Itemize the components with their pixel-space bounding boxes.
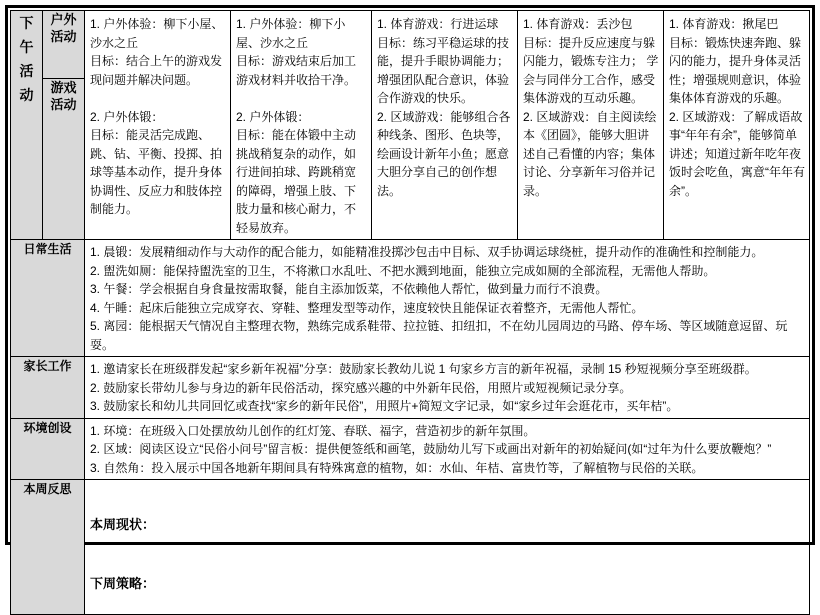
afternoon-col-3: 1. 体育游戏：行进运球 目标：练习平稳运球的技能，提升手眼协调能力；增强团队配…	[372, 11, 518, 240]
daily-life-row: 日常生活 1. 晨锻：发展精细动作与大动作的配合能力，如能精准投掷沙包击中目标、…	[11, 240, 810, 357]
game-activity-label: 游戏活动	[49, 79, 79, 113]
plan-table: 下午活动 户外活动 1. 户外体验：柳下小屋、沙水之丘 目标：结合上午的游戏发现…	[10, 10, 810, 552]
afternoon-row-label-cell: 下午活动	[11, 11, 43, 240]
environment-row: 环境创设 1. 环境：在班级入口处摆放幼儿创作的红灯笼、春联、福字，营造初步的新…	[11, 418, 810, 480]
weekly-plan-table: 下午活动 户外活动 1. 户外体验：柳下小屋、沙水之丘 目标：结合上午的游戏发现…	[5, 5, 815, 545]
parent-work-label: 家长工作	[11, 357, 85, 419]
outdoor-activity-label: 户外活动	[49, 11, 79, 45]
afternoon-row-outdoor: 下午活动 户外活动 1. 户外体验：柳下小屋、沙水之丘 目标：结合上午的游戏发现…	[11, 11, 810, 79]
game-activity-label-cell: 游戏活动	[43, 79, 85, 240]
parent-work-row: 家长工作 1. 邀请家长在班级群发起“家乡新年祝福”分享：鼓励家长教幼儿说 1 …	[11, 357, 810, 419]
afternoon-col-4: 1. 体育游戏：丢沙包 目标：提升反应速度与躲闪能力，锻炼专注力； 学会与同伴分…	[518, 11, 664, 240]
afternoon-col-5: 1. 体育游戏：揪尾巴 目标：锻炼快速奔跑、躲闪的能力，提升身体灵活性；增强规则…	[664, 11, 810, 240]
daily-life-content: 1. 晨锻：发展精细动作与大动作的配合能力，如能精准投掷沙包击中目标、双手协调运…	[85, 240, 810, 357]
afternoon-col-1: 1. 户外体验：柳下小屋、沙水之丘 目标：结合上午的游戏发现问题并解决问题。 2…	[85, 11, 231, 240]
reflection-label: 本周反思	[11, 480, 85, 553]
reflection-row: 本周反思 本周现状： 下周策略：	[11, 480, 810, 553]
afternoon-col-2: 1. 户外体验：柳下小屋、沙水之丘 目标：游戏结束后加工游戏材料并收拾干净。 2…	[231, 11, 372, 240]
reflection-content: 本周现状： 下周策略：	[85, 480, 810, 553]
afternoon-row-label: 下午活动	[19, 11, 35, 107]
reflection-status-label: 本周现状：	[90, 516, 804, 535]
environment-label: 环境创设	[11, 418, 85, 480]
outdoor-activity-label-cell: 户外活动	[43, 11, 85, 79]
daily-life-label: 日常生活	[11, 240, 85, 357]
parent-work-content: 1. 邀请家长在班级群发起“家乡新年祝福”分享：鼓励家长教幼儿说 1 句家乡方言…	[85, 357, 810, 419]
environment-content: 1. 环境：在班级入口处摆放幼儿创作的红灯笼、春联、福字，营造初步的新年氛围。 …	[85, 418, 810, 480]
